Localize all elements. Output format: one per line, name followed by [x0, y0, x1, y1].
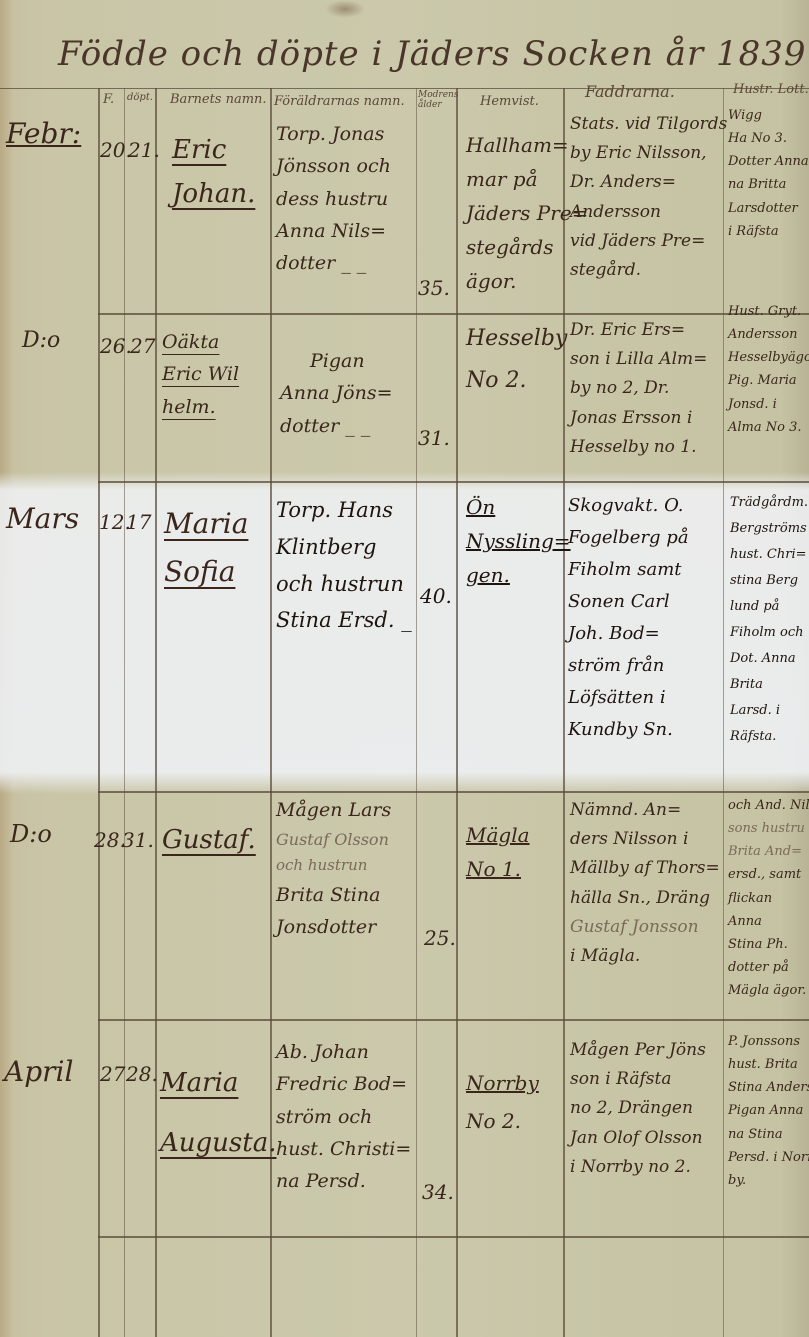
entry-1-sponsors: Wigg Ha No 3. Dotter Anna na Britta Lars… — [728, 104, 809, 243]
entry-4-baptized: 31. — [122, 830, 154, 850]
col-rule-age — [416, 88, 417, 1337]
header-born: F. — [103, 92, 114, 107]
entry-2-home: Hesselby No 2. — [466, 318, 567, 402]
header-parents: Föräldrarnas namn. — [274, 92, 414, 112]
entry-2-month: D:o — [22, 330, 60, 352]
entry-4-sponsors: och And. Nils sons hustru Brita And= ers… — [728, 794, 809, 1002]
entry-5-child: Maria Augusta. — [160, 1054, 276, 1174]
header-home: Hemvist. — [480, 94, 539, 109]
entry-5-sponsors: P. Jonssons hust. Brita Stina Anders. Pi… — [728, 1030, 809, 1192]
entry-4-child: Gustaf. — [162, 818, 256, 862]
header-mother-age: Modrens ålder — [418, 90, 456, 110]
entry-3-month: Mars — [6, 505, 79, 533]
entry-5-mother-age: 34. — [422, 1182, 454, 1202]
entry-5-godparents: Mågen Per Jöns son i Räfsta no 2, Dränge… — [570, 1036, 706, 1182]
entry-5-parents: Ab. Johan Fredric Bod= ström och hust. C… — [276, 1036, 411, 1197]
entry-2-mother-age: 31. — [418, 428, 450, 448]
entry-4-month: D:o — [10, 822, 52, 846]
entry-1-child: Eric Johan. — [172, 128, 255, 216]
row-rule-1 — [98, 313, 809, 315]
col-rule-home — [456, 88, 458, 1337]
entry-5-baptized: 28. — [126, 1064, 158, 1084]
entry-3-sponsors: Trädgårdm. Bergströms hust. Chri= stina … — [730, 490, 808, 750]
entry-2-sponsors: Hust. Gryt. Andersson Hesselbyägo Pig. M… — [728, 300, 809, 439]
header-rule — [0, 88, 809, 89]
header-extra: Hustr. Lott. — [733, 82, 809, 97]
col-rule-child — [155, 88, 157, 1337]
entry-1-month: Febr: — [6, 120, 81, 148]
entry-1-parents: Torp. Jonas Jönsson och dess hustru Anna… — [276, 118, 391, 279]
entry-2-child: Oäkta Eric Wil helm. — [162, 326, 239, 423]
page-title: Födde och döpte i Jäders Socken år 1839. — [58, 34, 809, 74]
register-page: Födde och döpte i Jäders Socken år 1839.… — [0, 0, 809, 1337]
entry-2-parents: Pigan Anna Jöns= dotter _ _ — [280, 345, 393, 442]
row-rule-2 — [98, 481, 809, 483]
entry-5-month: April — [4, 1058, 73, 1086]
row-rule-4 — [98, 1019, 809, 1021]
entry-4-godparents: Nämnd. An= ders Nilsson i Mällby af Thor… — [570, 796, 720, 971]
entry-3-mother-age: 40. — [420, 586, 452, 606]
entry-4-mother-age: 25. — [424, 928, 456, 948]
entry-3-child: Maria Sofia — [164, 500, 248, 595]
entry-2-godparents: Dr. Eric Ers= son i Lilla Alm= by no 2, … — [570, 316, 707, 462]
entry-1-godparents: Stats. vid Tilgords by Eric Nilsson, Dr.… — [570, 110, 727, 285]
entry-1-baptized: 21. — [128, 140, 160, 160]
row-rule-3 — [98, 791, 809, 793]
entry-4-parents: Mågen Lars Gustaf Olsson och hustrun Bri… — [276, 794, 391, 944]
row-rule-5 — [98, 1236, 809, 1238]
entry-3-baptized: 17 — [126, 512, 151, 532]
col-rule-baptized — [124, 88, 125, 1337]
header-child-name: Barnets namn. — [170, 92, 267, 107]
header-godparents: Faddrarna. — [585, 82, 675, 101]
entry-3-home: Ön Nyssling= gen. — [466, 490, 571, 592]
paper-stain — [325, 0, 365, 18]
entry-2-baptized: 27 — [130, 336, 155, 356]
entry-2-born: 26. — [100, 336, 132, 356]
header-baptized: döpt. — [127, 92, 153, 103]
col-rule-born — [98, 88, 100, 1337]
entry-5-born: 27 — [100, 1064, 125, 1084]
entry-5-home: Norrby No 2. — [466, 1064, 539, 1140]
entry-4-home: Mägla No 1. — [466, 818, 530, 886]
entry-3-parents: Torp. Hans Klintberg och hustrun Stina E… — [276, 492, 412, 639]
entry-3-godparents: Skogvakt. O. Fogelberg på Fiholm samt So… — [568, 490, 689, 746]
entry-1-mother-age: 35. — [418, 278, 450, 298]
